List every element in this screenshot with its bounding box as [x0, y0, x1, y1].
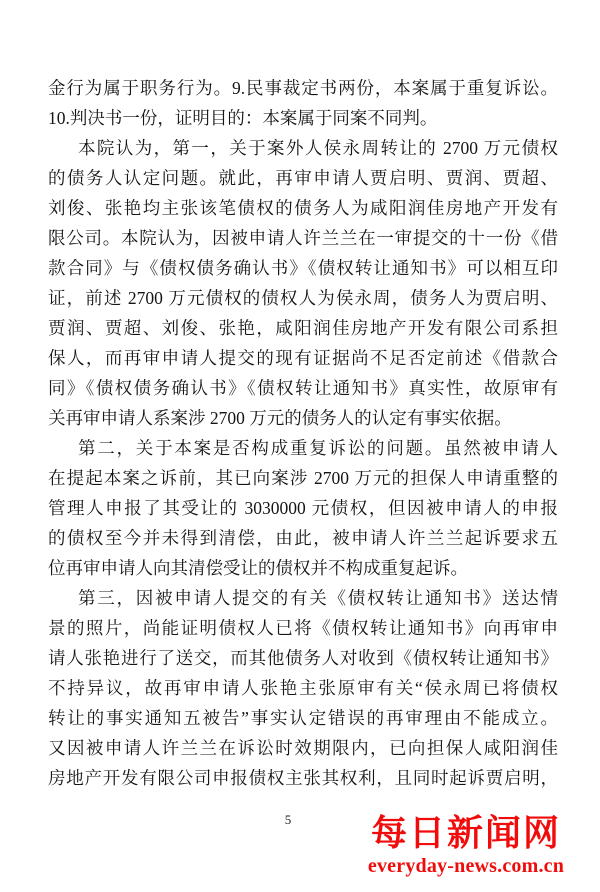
text-line: 管理人申报了其受让的 3030000 元债权，但因被申请人的申报 — [48, 493, 558, 523]
text-line: 保人，而再审申请人提交的现有证据尚不足否定前述《借款合 — [48, 343, 558, 373]
text-line: 限公司。本院认为，因被申请人许兰兰在一审提交的十一份《借 — [48, 223, 558, 253]
text-line: 证，前述 2700 万元债权的债权人为侯永周，债务人为贾启明、 — [48, 283, 558, 313]
text-line: 款合同》与《债权债务确认书》《债权转让通知书》可以相互印 — [48, 253, 558, 283]
watermark-site-name: 每日新闻网 — [360, 812, 572, 854]
court-document-page: 金行为属于职务行为。9.民事裁定书两份，本案属于重复诉讼。 10.判决书一份，证… — [0, 0, 600, 892]
watermark: 每日新闻网 everyday-news.com.cn — [360, 812, 572, 878]
text-line: 的债权至今并未得到清偿，由此，被申请人许兰兰起诉要求五 — [48, 523, 558, 553]
text-line: 不持异议，故再审申请人张艳主张原审有关“侯永周已将债权 — [48, 673, 558, 703]
text-line: 位再审申请人向其清偿受让的债权并不构成重复起诉。 — [48, 553, 558, 583]
text-line: 第三，因被申请人提交的有关《债权转让通知书》送达情 — [48, 583, 558, 613]
page-number: 5 — [258, 812, 318, 828]
text-line: 同》《债权债务确认书》《债权转让通知书》真实性，故原审有 — [48, 373, 558, 403]
text-line: 房地产开发有限公司申报债权主张其权利，且同时起诉贾启明， — [48, 763, 558, 793]
text-line: 金行为属于职务行为。9.民事裁定书两份，本案属于重复诉讼。 — [48, 73, 558, 103]
text-line: 的债务人认定问题。就此，再审申请人贾启明、贾润、贾超、 — [48, 163, 558, 193]
text-line: 贾润、贾超、刘俊、张艳，咸阳润佳房地产开发有限公司系担 — [48, 313, 558, 343]
text-line: 请人张艳进行了送交，而其他债务人对收到《债权转让通知书》 — [48, 643, 558, 673]
body-text: 金行为属于职务行为。9.民事裁定书两份，本案属于重复诉讼。 10.判决书一份，证… — [48, 73, 558, 793]
text-line: 第二，关于本案是否构成重复诉讼的问题。虽然被申请人 — [48, 433, 558, 463]
text-line: 转让的事实通知五被告”事实认定错误的再审理由不能成立。 — [48, 703, 558, 733]
watermark-site-url: everyday-news.com.cn — [360, 854, 572, 878]
text-line: 又因被申请人许兰兰在诉讼时效期限内，已向担保人咸阳润佳 — [48, 733, 558, 763]
text-line: 本院认为，第一，关于案外人侯永周转让的 2700 万元债权 — [48, 133, 558, 163]
text-line: 10.判决书一份，证明目的：本案属于同案不同判。 — [48, 103, 558, 133]
text-line: 景的照片，尚能证明债权人已将《债权转让通知书》向再审申 — [48, 613, 558, 643]
text-line: 在提起本案之诉前，其已向案涉 2700 万元的担保人申请重整的 — [48, 463, 558, 493]
text-line: 关再审申请人系案涉 2700 万元的债务人的认定有事实依据。 — [48, 403, 558, 433]
text-line: 刘俊、张艳均主张该笔债权的债务人为咸阳润佳房地产开发有 — [48, 193, 558, 223]
